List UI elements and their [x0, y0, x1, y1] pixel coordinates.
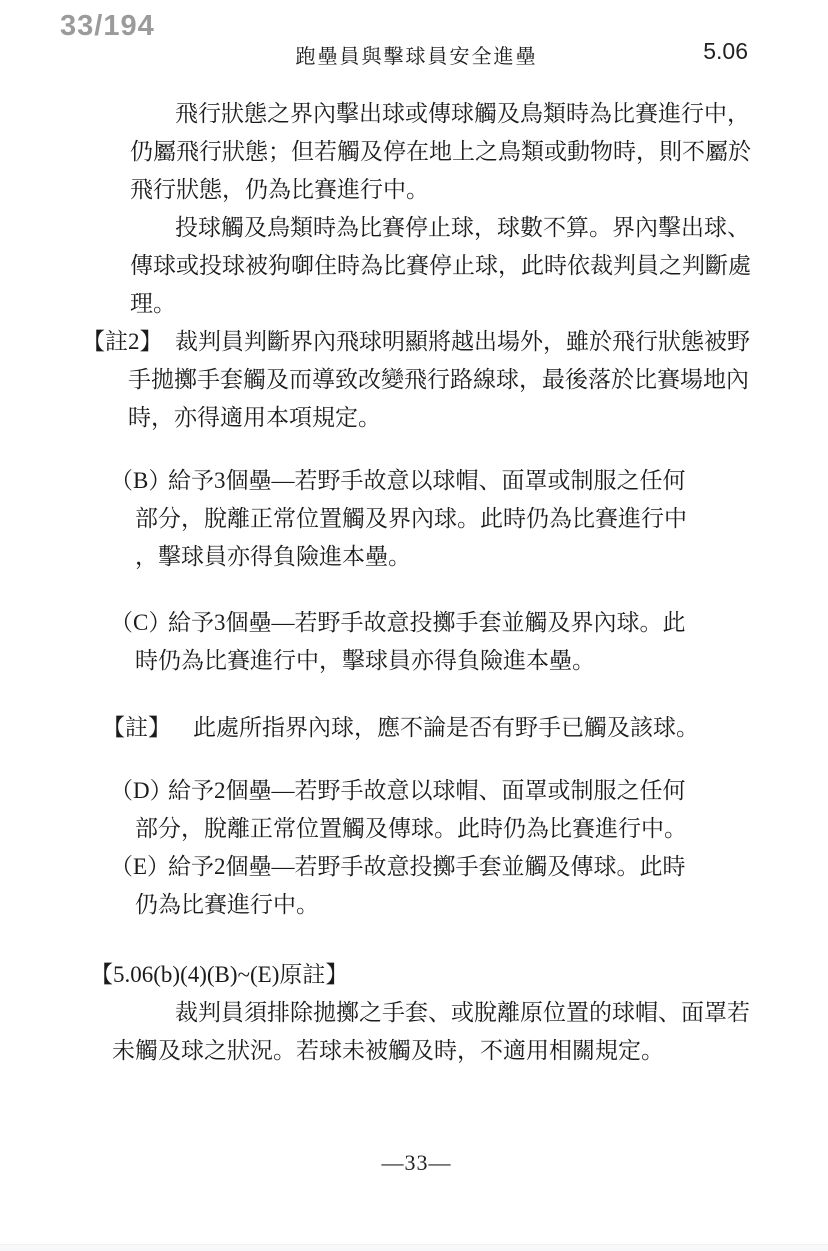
paragraph-pitch-touches-birds: 投球觸及鳥類時為比賽停止球，球數不算。界內擊出球、 傳球或投球被狗啣住時為比賽停…	[130, 209, 775, 323]
rule-item-d: （D） 給予2個壘—若野手故意以球帽、面罩或制服之任何 部分，脫離正常位置觸及傳…	[135, 772, 775, 848]
rule-item-e-text: 給予2個壘—若野手故意投擲手套並觸及傳球。此時 仍為比賽進行中。	[135, 848, 775, 924]
page-number-footer: —33—	[85, 1150, 748, 1176]
viewer-bottom-strip	[0, 1244, 828, 1251]
rule-item-b-label: （B）	[110, 462, 171, 500]
rule-item-c-text: 給予3個壘—若野手故意投擲手套並觸及界內球。此 時仍為比賽進行中，擊球員亦得負險…	[135, 604, 775, 680]
note-2-label: 【註2】	[82, 323, 163, 361]
pdf-page-view: 33/194 跑壘員與擊球員安全進壘 5.06 飛行狀態之界內擊出球或傳球觸及鳥…	[0, 0, 828, 1251]
rule-item-e-label: （E）	[110, 848, 170, 886]
note-2-block: 【註2】 裁判員判斷界內飛球明顯將越出場外，雖於飛行狀態被野 手拋擲手套觸及而導…	[128, 323, 775, 437]
note-label: 【註】	[102, 715, 171, 740]
rule-number: 5.06	[703, 38, 748, 65]
page-body: 飛行狀態之界內擊出球或傳球觸及鳥類時為比賽進行中， 仍屬飛行狀態；但若觸及停在地…	[85, 95, 775, 1070]
rule-item-b-text: 給予3個壘—若野手故意以球帽、面罩或制服之任何 部分，脫離正常位置觸及界內球。此…	[135, 462, 775, 576]
paragraph-fly-ball-birds: 飛行狀態之界內擊出球或傳球觸及鳥類時為比賽進行中， 仍屬飛行狀態；但若觸及停在地…	[130, 95, 775, 209]
running-header-title: 跑壘員與擊球員安全進壘	[85, 40, 748, 69]
rule-item-d-label: （D）	[110, 772, 173, 810]
rule-item-c: （C） 給予3個壘—若野手故意投擲手套並觸及界內球。此 時仍為比賽進行中，擊球員…	[135, 604, 775, 680]
original-note-reference-header: 【5.06(b)(4)(B)~(E)原註】	[90, 956, 775, 994]
rule-item-c-label: （C）	[110, 604, 171, 642]
note-text: 此處所指界內球，應不論是否有野手已觸及該球。	[193, 715, 699, 740]
rule-item-b: （B） 給予3個壘—若野手故意以球帽、面罩或制服之任何 部分，脫離正常位置觸及界…	[135, 462, 775, 576]
note-2-text: 裁判員判斷界內飛球明顯將越出場外，雖於飛行狀態被野 手拋擲手套觸及而導致改變飛行…	[128, 323, 775, 437]
rule-item-d-text: 給予2個壘—若野手故意以球帽、面罩或制服之任何 部分，脫離正常位置觸及傳球。此時…	[135, 772, 775, 848]
original-note-text: 裁判員須排除拋擲之手套、或脫離原位置的球帽、面罩若 未觸及球之狀況。若球未被觸及…	[112, 994, 775, 1070]
running-header: 跑壘員與擊球員安全進壘 5.06	[85, 38, 748, 68]
note-block: 【註】此處所指界內球，應不論是否有野手已觸及該球。	[102, 709, 775, 747]
rule-item-e: （E） 給予2個壘—若野手故意投擲手套並觸及傳球。此時 仍為比賽進行中。	[135, 848, 775, 924]
